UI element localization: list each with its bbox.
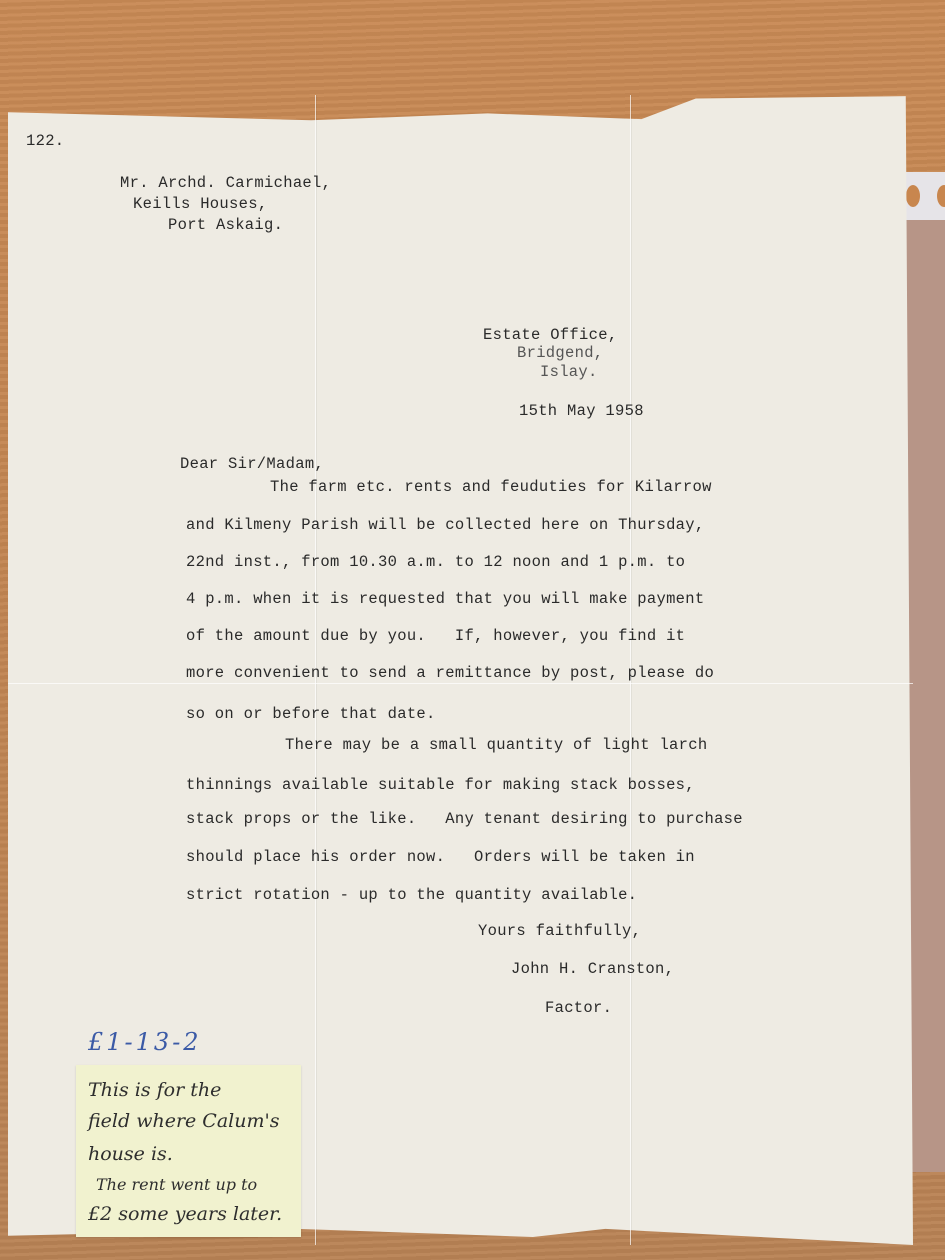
body-line: more convenient to send a remittance by …	[186, 664, 714, 682]
body-line: 4 p.m. when it is requested that you wil…	[186, 590, 704, 608]
body-line: and Kilmeny Parish will be collected her…	[186, 516, 704, 534]
body-line: should place his order now. Orders will …	[186, 848, 695, 866]
sender-address-line: Bridgend,	[517, 344, 603, 362]
body-line: The farm etc. rents and feuduties for Ki…	[270, 478, 712, 496]
body-line: of the amount due by you. If, however, y…	[186, 627, 685, 645]
body-line: so on or before that date.	[186, 705, 436, 723]
signatory-title: Factor.	[545, 999, 612, 1017]
signatory-name: John H. Cranston,	[511, 960, 674, 978]
note-line: £2 some years later.	[88, 1203, 282, 1225]
recipient-address-line: Keills Houses,	[133, 195, 267, 213]
recipient-address-line: Port Askaig.	[168, 216, 283, 234]
body-line: 22nd inst., from 10.30 a.m. to 12 noon a…	[186, 553, 685, 571]
binder-hole	[906, 185, 920, 207]
note-line: The rent went up to	[96, 1175, 257, 1194]
binder-hole	[937, 185, 945, 207]
body-line: strict rotation - up to the quantity ava…	[186, 886, 637, 904]
closing: Yours faithfully,	[478, 922, 641, 940]
note-line: house is.	[88, 1143, 173, 1165]
body-line: stack props or the like. Any tenant desi…	[186, 810, 743, 828]
sender-office: Estate Office,	[483, 326, 617, 344]
handwritten-amount: £1-13-2	[88, 1028, 202, 1056]
body-line: There may be a small quantity of light l…	[285, 736, 707, 754]
reference-number: 122.	[26, 132, 64, 150]
salutation: Dear Sir/Madam,	[180, 455, 324, 473]
note-line: This is for the	[88, 1079, 221, 1101]
sender-address-line: Islay.	[540, 363, 598, 381]
fold-crease	[8, 683, 913, 684]
body-line: thinnings available suitable for making …	[186, 776, 695, 794]
recipient-name: Mr. Archd. Carmichael,	[120, 174, 331, 192]
sticky-note: This is for the field where Calum's hous…	[76, 1065, 301, 1237]
letter-date: 15th May 1958	[519, 402, 644, 420]
note-line: field where Calum's	[88, 1110, 279, 1132]
